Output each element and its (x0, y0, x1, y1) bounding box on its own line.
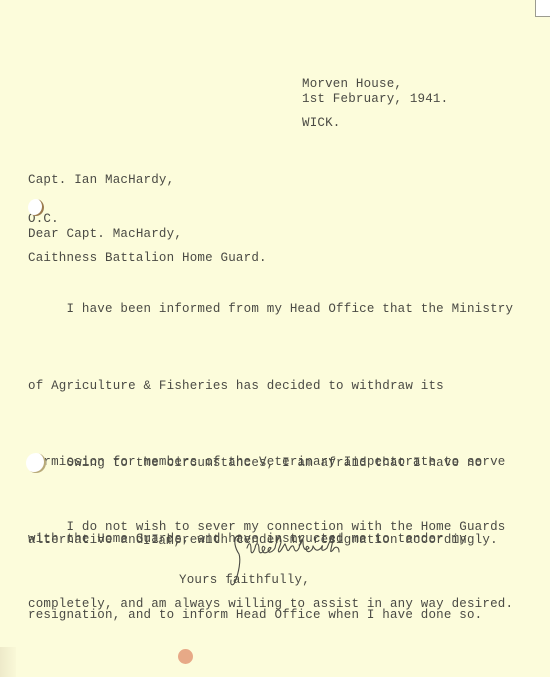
signature-icon: J. Mackintosh (225, 528, 385, 590)
paragraph-line: I have been informed from my Head Office… (28, 297, 513, 323)
paper-fold-corner (535, 0, 550, 17)
letter-date: 1st February, 1941. (302, 93, 448, 106)
paragraph-line: of Agriculture & Fisheries has decided t… (28, 374, 513, 400)
stain-dot (178, 649, 193, 664)
punch-hole (26, 453, 46, 473)
sender-line: WICK. (302, 117, 402, 130)
paper-edge-shadow (0, 647, 16, 677)
salutation: Dear Capt. MacHardy, (28, 228, 182, 241)
recipient-line: Capt. Ian MacHardy, (28, 174, 267, 187)
recipient-line: O.C. (28, 213, 267, 226)
punch-hole (28, 199, 44, 216)
sender-line: Morven House, (302, 78, 402, 91)
